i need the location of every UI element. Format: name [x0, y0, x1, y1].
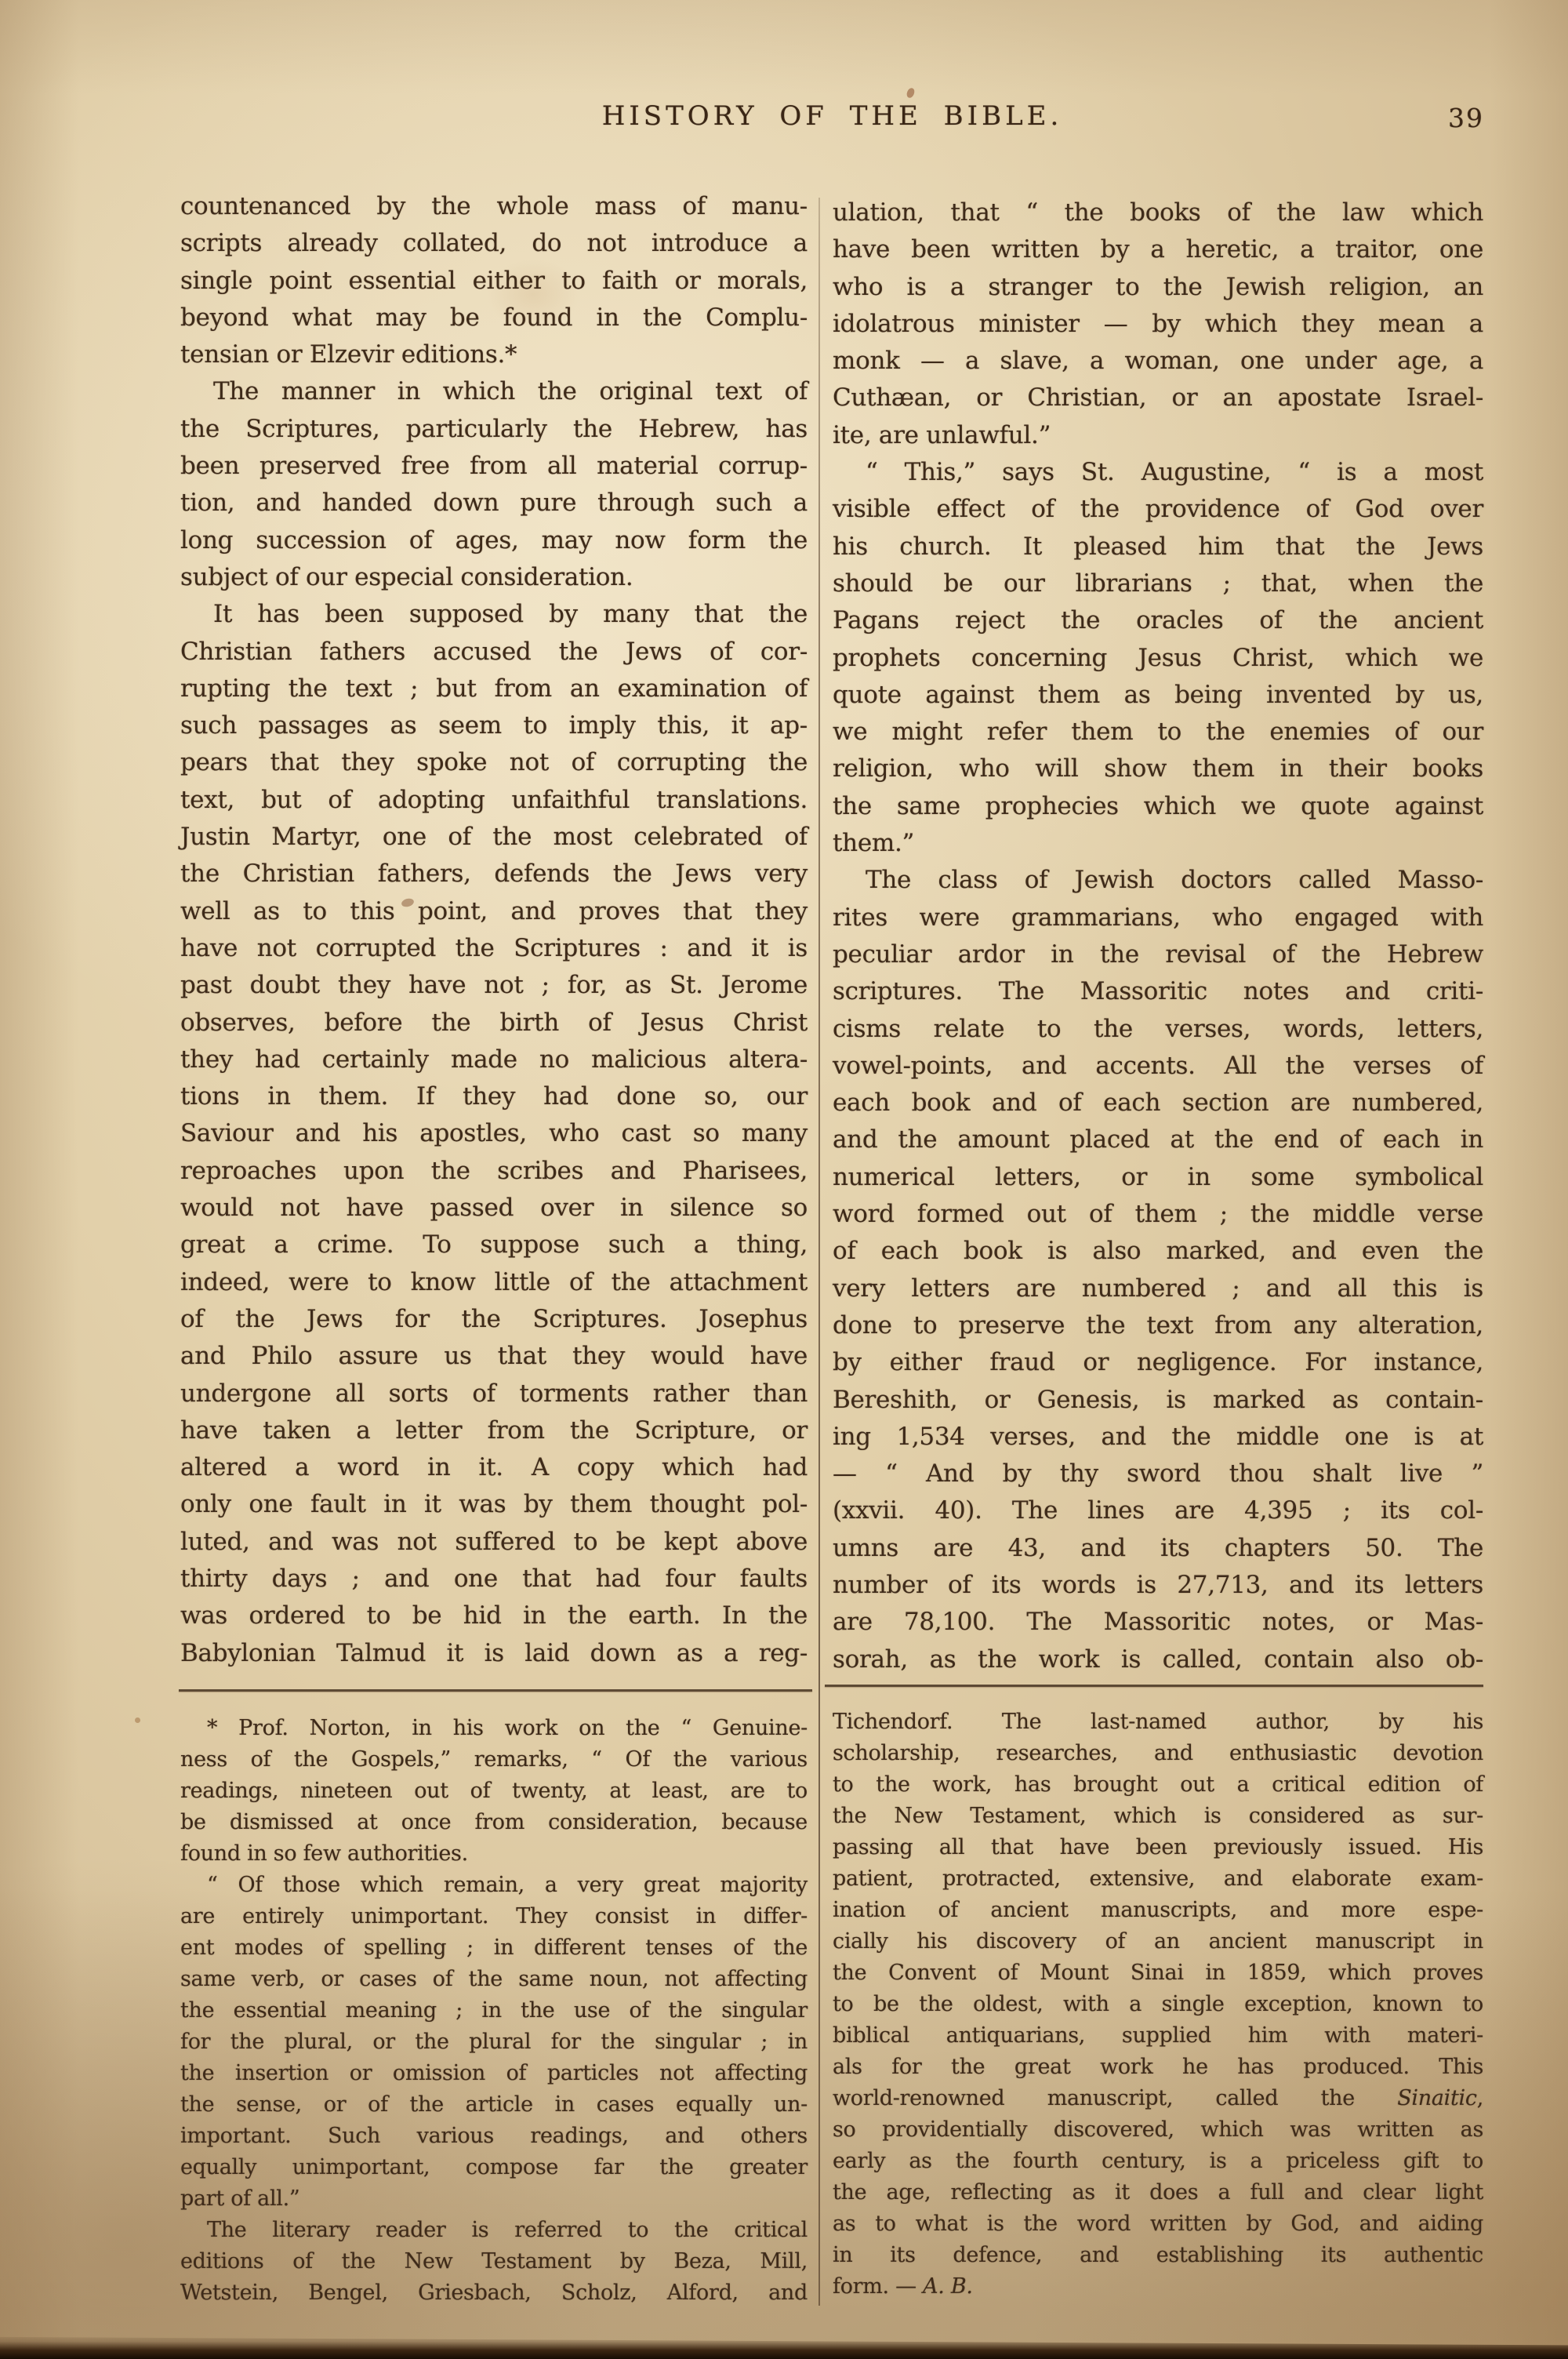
text-line: subject of our especial consideration.	[180, 559, 808, 596]
text-line: by either fraud or negligence. For insta…	[833, 1344, 1483, 1381]
text-line: observes, before the birth of Jesus Chri…	[180, 1005, 808, 1041]
text-line: was ordered to be hid in the earth. In t…	[180, 1598, 808, 1634]
text-line: Christian fathers accused the Jews of co…	[180, 634, 808, 671]
text-line: ulation, that “ the books of the law whi…	[833, 194, 1483, 231]
text-line: “ Of those which remain, a very great ma…	[180, 1870, 808, 1901]
text-line: umns are 43, and its chapters 50. The	[833, 1530, 1483, 1567]
text-line: ness of the Gospels,” remarks, “ Of the …	[180, 1744, 808, 1776]
text-line: well as to this point, and proves that t…	[180, 893, 808, 930]
text-line: als for the great work he has produced. …	[833, 2052, 1483, 2083]
text-line: the Scriptures, particularly the Hebrew,…	[180, 411, 808, 448]
footnote-separator-left	[179, 1689, 812, 1692]
text-line: number of its words is 27,713, and its l…	[833, 1567, 1483, 1604]
text-line: Bereshith, or Genesis, is marked as cont…	[833, 1382, 1483, 1419]
text-line: scholarship, researches, and enthusiasti…	[833, 1738, 1483, 1769]
text-line: very letters are numbered ; and all this…	[833, 1270, 1483, 1307]
text-line: passing all that have been previously is…	[833, 1832, 1483, 1863]
text-line: — “ And by thy sword thou shalt live ”	[833, 1456, 1483, 1492]
text-line: done to preserve the text from any alter…	[833, 1307, 1483, 1344]
text-line: of each book is also marked, and even th…	[833, 1233, 1483, 1270]
text-line: the age, reflecting as it does a full an…	[833, 2177, 1483, 2208]
text-line: The class of Jewish doctors called Masso…	[833, 862, 1483, 899]
text-line: numerical letters, or in some symbolical	[833, 1159, 1483, 1196]
text-line: each book and of each section are number…	[833, 1085, 1483, 1121]
text-line: his church. It pleased him that the Jews	[833, 529, 1483, 565]
text-line: the same prophecies which we quote again…	[833, 788, 1483, 825]
text-line: editions of the New Testament by Beza, M…	[180, 2246, 808, 2277]
text-line: tions in them. If they had done so, our	[180, 1078, 808, 1115]
text-line: cisms relate to the verses, words, lette…	[833, 1011, 1483, 1048]
text-line: scriptures. The Massoritic notes and cri…	[833, 973, 1483, 1010]
text-line: have not corrupted the Scriptures : and …	[180, 930, 808, 967]
text-line: text, but of adopting unfaithful transla…	[180, 782, 808, 819]
text-line: ite, are unlawful.”	[833, 417, 1483, 454]
text-line: cially his discovery of an ancient manus…	[833, 1926, 1483, 1957]
text-line: Justin Martyr, one of the most celebrate…	[180, 819, 808, 856]
text-line: ing 1,534 verses, and the middle one is …	[833, 1419, 1483, 1456]
book-page: HISTORY OF THE BIBLE. 39 countenanced by…	[0, 0, 1568, 2359]
text-line: The literary reader is referred to the c…	[180, 2215, 808, 2246]
running-title: HISTORY OF THE BIBLE.	[180, 100, 1484, 132]
text-line: have taken a letter from the Scripture, …	[180, 1412, 808, 1449]
text-line: single point essential either to faith o…	[180, 263, 808, 300]
text-line: vowel-points, and accents. All the verse…	[833, 1048, 1483, 1085]
paper-speck	[135, 1717, 140, 1723]
text-line: same verb, or cases of the same noun, no…	[180, 1964, 808, 1995]
text-line: equally unimportant, compose far the gre…	[180, 2152, 808, 2183]
text-line: beyond what may be found in the Complu-	[180, 300, 808, 336]
footnote-separator-right	[825, 1685, 1483, 1687]
footnote-left-column: * Prof. Norton, in his work on the “ Gen…	[180, 1713, 808, 2309]
column-divider-rule	[818, 198, 820, 2306]
text-line: should be our librarians ; that, when th…	[833, 565, 1483, 602]
text-line: countenanced by the whole mass of manu-	[180, 188, 808, 225]
text-line: indeed, were to know little of the attac…	[180, 1264, 808, 1301]
text-line: Pagans reject the oracles of the ancient	[833, 602, 1483, 639]
text-line: biblical antiquarians, supplied him with…	[833, 2020, 1483, 2052]
text-line: Saviour and his apostles, who cast so ma…	[180, 1115, 808, 1152]
text-line: the sense, or of the article in cases eq…	[180, 2089, 808, 2121]
text-line: important. Such various readings, and ot…	[180, 2121, 808, 2152]
text-line: the Christian fathers, defends the Jews …	[180, 856, 808, 892]
text-line: patient, protracted, extensive, and elab…	[833, 1863, 1483, 1895]
text-line: long succession of ages, may now form th…	[180, 522, 808, 559]
text-line: visible effect of the providence of God …	[833, 491, 1483, 528]
text-line: pears that they spoke not of corrupting …	[180, 744, 808, 781]
text-line: quote against them as being invented by …	[833, 677, 1483, 714]
text-line: It has been supposed by many that the	[180, 596, 808, 633]
text-line: reproaches upon the scribes and Pharisee…	[180, 1153, 808, 1190]
text-line: sorah, as the work is called, contain al…	[833, 1641, 1483, 1678]
text-line: undergone all sorts of torments rather t…	[180, 1376, 808, 1412]
text-line: the insertion or omission of particles n…	[180, 2058, 808, 2089]
text-line: part of all.”	[180, 2183, 808, 2215]
text-line: been preserved free from all material co…	[180, 448, 808, 485]
page-header: HISTORY OF THE BIBLE. 39	[180, 100, 1484, 147]
text-line: idolatrous minister — by which they mean…	[833, 306, 1483, 343]
text-line: are 78,100. The Massoritic notes, or Mas…	[833, 1604, 1483, 1641]
text-line: them.”	[833, 825, 1483, 862]
text-line: Wetstein, Bengel, Griesbach, Scholz, Alf…	[180, 2277, 808, 2309]
text-line: religion, who will show them in their bo…	[833, 751, 1483, 787]
text-line: ination of ancient manuscripts, and more…	[833, 1895, 1483, 1926]
text-line: The manner in which the original text of	[180, 373, 808, 410]
text-line: be dismissed at once from consideration,…	[180, 1807, 808, 1838]
text-line: for the plural, or the plural for the si…	[180, 2026, 808, 2058]
text-line: such passages as seem to imply this, it …	[180, 707, 808, 744]
text-line: Tichendorf. The last-named author, by hi…	[833, 1707, 1483, 1738]
text-line: and Philo assure us that they would have	[180, 1338, 808, 1375]
text-line: to be the oldest, with a single exceptio…	[833, 1989, 1483, 2020]
text-line: altered a word in it. A copy which had	[180, 1449, 808, 1486]
main-text-left-column: countenanced by the whole mass of manu-s…	[180, 188, 808, 1672]
text-line: found in so few authorities.	[180, 1838, 808, 1870]
main-text-right-column: ulation, that “ the books of the law whi…	[833, 194, 1483, 1678]
text-line: in its defence, and establishing its aut…	[833, 2240, 1483, 2271]
text-line: have been written by a heretic, a traito…	[833, 231, 1483, 268]
text-line: past doubt they have not ; for, as St. J…	[180, 967, 808, 1004]
text-line: as to what is the word written by God, a…	[833, 2208, 1483, 2240]
text-line: the essential meaning ; in the use of th…	[180, 1995, 808, 2026]
text-line: great a crime. To suppose such a thing,	[180, 1227, 808, 1263]
text-line: Cuthæan, or Christian, or an apostate Is…	[833, 380, 1483, 416]
page-number: 39	[1448, 103, 1484, 133]
text-line: are entirely unimportant. They consist i…	[180, 1901, 808, 1932]
text-line: early as the fourth century, is a pricel…	[833, 2146, 1483, 2177]
text-line: Babylonian Talmud it is laid down as a r…	[180, 1635, 808, 1672]
text-line: scripts already collated, do not introdu…	[180, 225, 808, 262]
footnote-right-column: Tichendorf. The last-named author, by hi…	[833, 1707, 1483, 2303]
text-line: they had certainly made no malicious alt…	[180, 1041, 808, 1078]
text-line: * Prof. Norton, in his work on the “ Gen…	[180, 1713, 808, 1744]
text-line: thirty days ; and one that had four faul…	[180, 1561, 808, 1598]
text-line: so providentially discovered, which was …	[833, 2114, 1483, 2146]
text-line: tion, and handed down pure through such …	[180, 485, 808, 522]
text-line: who is a stranger to the Jewish religion…	[833, 269, 1483, 306]
text-line: of the Jews for the Scriptures. Josephus	[180, 1301, 808, 1338]
text-line: would not have passed over in silence so	[180, 1190, 808, 1227]
page-bottom-shadow	[0, 2334, 1568, 2359]
text-line: ent modes of spelling ; in different ten…	[180, 1932, 808, 1964]
text-line: to the work, has brought out a critical …	[833, 1769, 1483, 1801]
text-line: tensian or Elzevir editions.*	[180, 336, 808, 373]
text-line: “ This,” says St. Augustine, “ is a most	[833, 454, 1483, 491]
text-line: rupting the text ; but from an examinati…	[180, 671, 808, 707]
text-line: and the amount placed at the end of each…	[833, 1121, 1483, 1158]
text-line: only one fault in it was by them thought…	[180, 1486, 808, 1523]
text-line: the Convent of Mount Sinai in 1859, whic…	[833, 1957, 1483, 1989]
text-line: luted, and was not suffered to be kept a…	[180, 1524, 808, 1561]
text-line: world-renowned manuscript, called the Si…	[833, 2083, 1483, 2114]
text-line: the New Testament, which is considered a…	[833, 1801, 1483, 1832]
text-line: readings, nineteen out of twenty, at lea…	[180, 1776, 808, 1807]
paper-speck	[906, 87, 916, 99]
text-line: rites were grammarians, who engaged with	[833, 900, 1483, 936]
text-line: (xxvii. 40). The lines are 4,395 ; its c…	[833, 1492, 1483, 1529]
text-line: peculiar ardor in the revisal of the Heb…	[833, 936, 1483, 973]
text-line: monk — a slave, a woman, one under age, …	[833, 343, 1483, 380]
text-line: form. — A. B.	[833, 2271, 1483, 2303]
text-line: we might refer them to the enemies of ou…	[833, 714, 1483, 751]
text-line: prophets concerning Jesus Christ, which …	[833, 640, 1483, 677]
text-line: word formed out of them ; the middle ver…	[833, 1196, 1483, 1233]
